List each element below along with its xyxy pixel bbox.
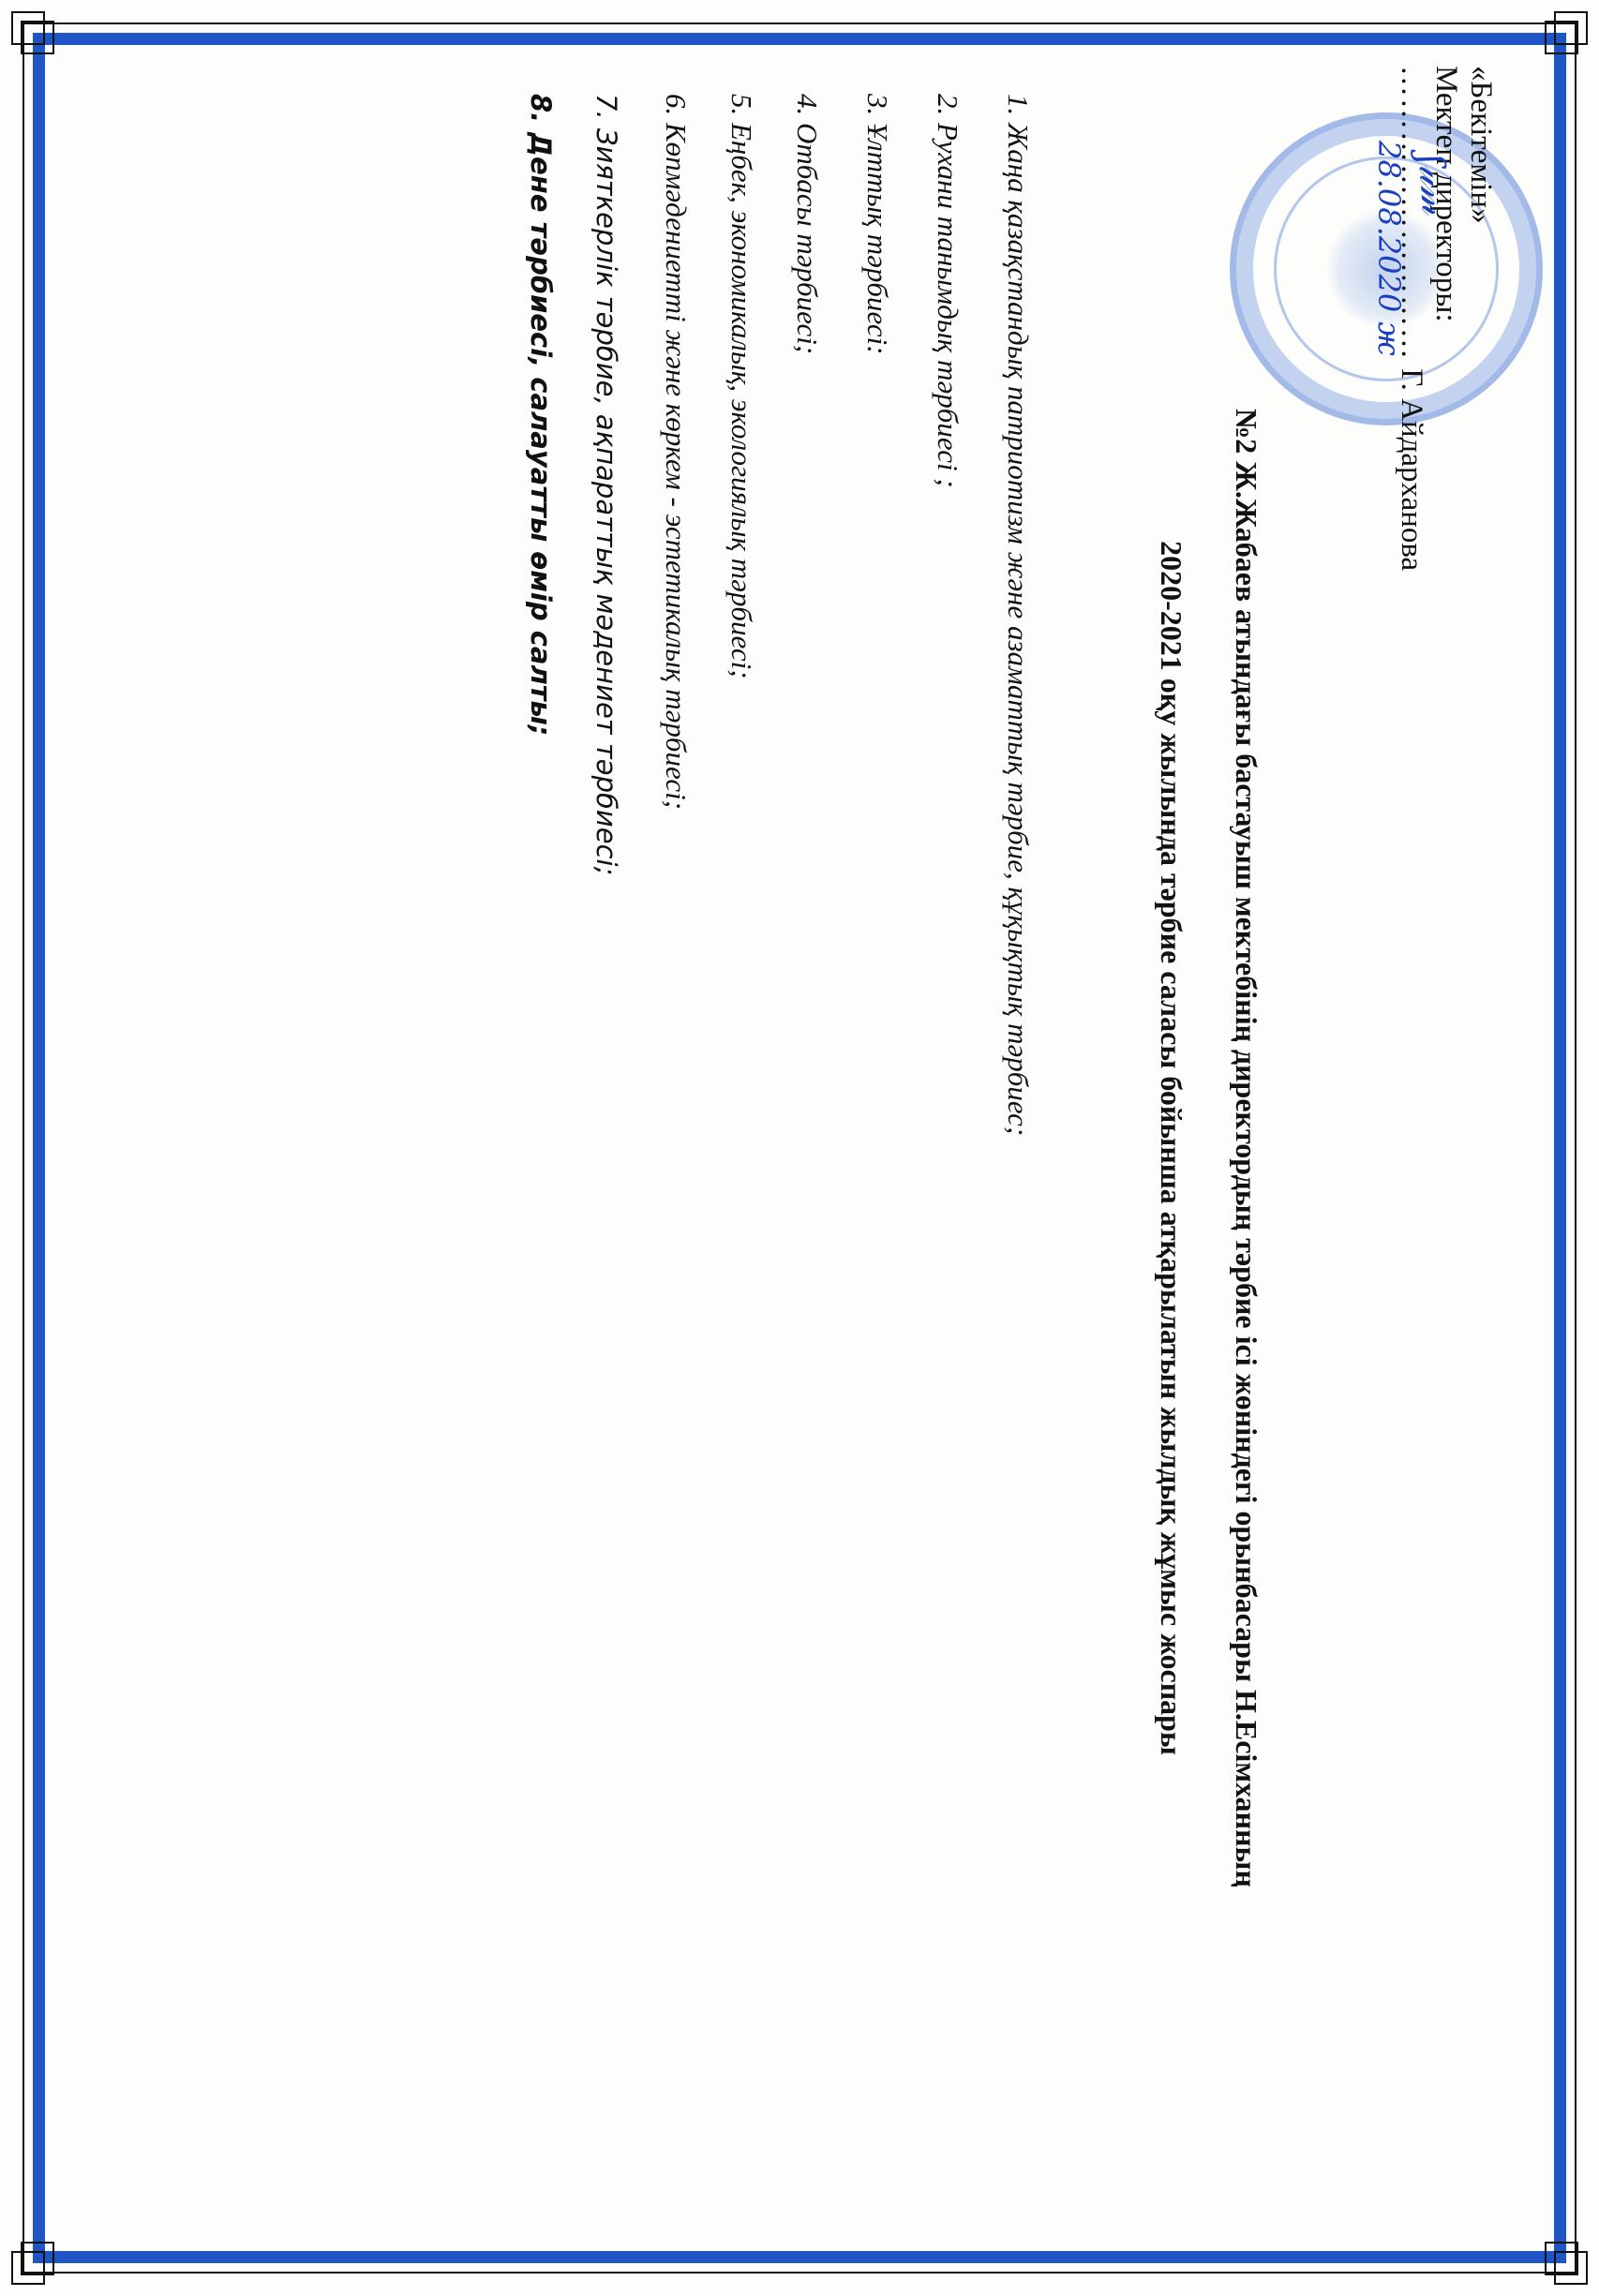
corner-ornament [1545, 2242, 1578, 2275]
approved-label: «Бекітемін» [1463, 66, 1498, 571]
list-item: 5. Еңбек, экономикалық, экологиялық тәрб… [725, 94, 758, 679]
handwritten-signature-icon: ʃ𝓊𝓂 [1410, 154, 1456, 216]
list-item: 6. Көпмәдениетті және көркем - эстетикал… [659, 94, 693, 810]
corner-ornament [21, 21, 54, 54]
document-title: №2 Ж.Жабаев атындағы бастауыш мектебінің… [1229, 0, 1263, 2296]
document-subtitle: 2020-2021 оқу жылында тәрбие саласы бойы… [1154, 0, 1188, 2296]
list-item: 1. Жаңа қазақстандық патриотизм және аза… [1001, 94, 1035, 1136]
list-item: 2. Рухани танымдық тәрбиесі ; [931, 94, 964, 488]
corner-ornament [1545, 21, 1578, 54]
corner-ornament [21, 2242, 54, 2275]
handwritten-date: 28.08.2020 ж [1371, 141, 1407, 356]
approval-block: «Бекітемін» Мектеп директоры: ……………………… … [1394, 66, 1498, 571]
document-page: «Бекітемін» Мектеп директоры: ……………………… … [0, 0, 1599, 2296]
position-label: Мектеп директоры: [1428, 66, 1463, 571]
list-item: 7. Зияткерлік тәрбие, ақпараттық мәдение… [590, 94, 622, 875]
director-name: Г. Айдарханова [1395, 368, 1428, 571]
list-item: 3. Ұлттық тәрбиесі: [860, 94, 894, 355]
list-item: 4. Отбасы тәрбиесі; [790, 94, 824, 354]
list-item: 8. Дене тәрбиесі, салауатты өмір салты; [525, 94, 557, 736]
